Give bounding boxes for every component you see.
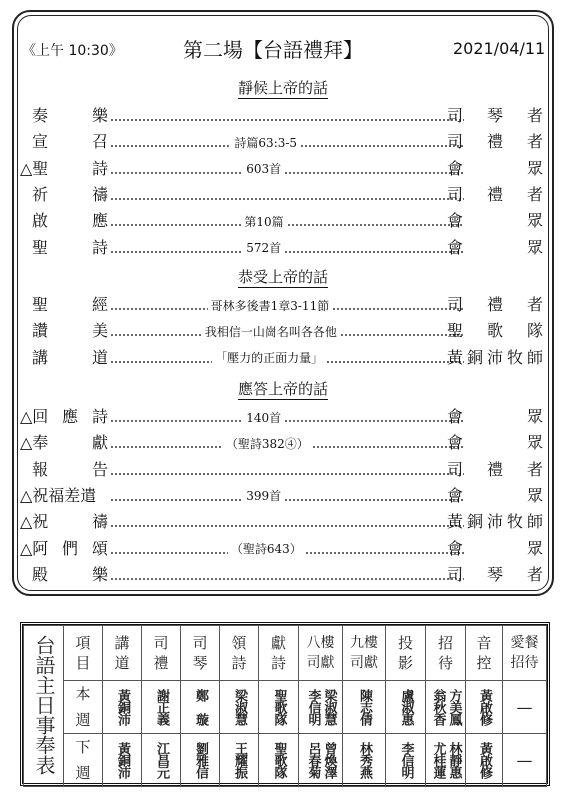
roster-header-cell: 投影 — [386, 626, 426, 681]
leader-dots — [284, 157, 464, 181]
person-name: 聖歌隊 — [272, 689, 286, 725]
service-item: 聖詩 — [20, 236, 110, 260]
leader-dots — [110, 104, 464, 128]
header-line: 道 — [103, 653, 141, 673]
service-item-char: 樂 — [92, 563, 108, 587]
service-item: 聖經 — [20, 293, 110, 317]
service-detail: 399首 — [243, 487, 284, 504]
responsible-char: 會 — [447, 431, 463, 455]
leader-dots — [332, 293, 464, 317]
responsible-char: 司 — [447, 293, 463, 317]
leader-dots — [110, 157, 243, 181]
section-title: 應答上帝的話 — [0, 378, 566, 399]
service-detail: 572首 — [243, 239, 284, 256]
leader-dots — [284, 405, 464, 429]
service-responsible: 會眾 — [447, 209, 543, 233]
dot-leader: （聖詩382④） — [110, 431, 464, 455]
service-responsible: 會眾 — [447, 405, 543, 429]
leader-dots — [110, 510, 464, 534]
roster-cell: 鄭 璇 — [181, 681, 220, 734]
week-label-char: 週 — [64, 760, 102, 786]
service-item-char: 詩 — [92, 405, 108, 429]
roster-header-cell: 招待 — [426, 626, 466, 681]
name-group: 黃銅沛 — [103, 742, 141, 778]
service-detail: 140首 — [243, 409, 284, 426]
dot-leader — [110, 183, 464, 207]
service-item-char: 樂 — [92, 104, 108, 128]
roster-header-text: 獻詩 — [259, 633, 298, 673]
service-row: 殿樂司琴者 — [20, 563, 542, 587]
roster-header-text: 講道 — [103, 633, 141, 673]
roster-week-label: 下週 — [64, 734, 103, 787]
dot-leader: 603首 — [110, 157, 464, 181]
leader-dots — [110, 458, 464, 482]
service-detail: 我相信一山崗名叫各各他 — [202, 323, 340, 340]
header-line: 詩 — [259, 653, 298, 673]
service-item: 祈禱 — [20, 183, 110, 207]
person-name: 曾煥澤 — [322, 742, 336, 778]
leader-dots — [326, 346, 464, 370]
header-line: 講 — [103, 633, 141, 653]
header-line: 控 — [466, 653, 502, 673]
roster-header-cell: 司琴 — [181, 626, 220, 681]
service-row: △奉獻（聖詩382④）會眾 — [20, 431, 542, 455]
roster-cell: 黃銅沛 — [103, 734, 142, 787]
header-line: 待 — [426, 653, 465, 673]
roster-header-cell: 八樓司獻 — [299, 626, 343, 681]
name-group: 黃啟修 — [466, 689, 502, 725]
service-item-char: △聖 — [20, 157, 48, 181]
service-item-char: 詩 — [92, 236, 108, 260]
service-detail: 哥林多後書1章3-11節 — [208, 297, 333, 314]
responsible-char: 者 — [527, 563, 543, 587]
service-item-char: 經 — [92, 293, 108, 317]
duty-roster-table: 台語主日事奉表項目講道司禮司琴領詩獻詩八樓司獻九樓司獻投影招待音控愛餐招待本週黃… — [23, 625, 547, 787]
person-name: 謝正義 — [154, 689, 168, 725]
person-name: 林靜惠 — [447, 742, 461, 778]
service-row: 報告司禮者 — [20, 458, 542, 482]
person-name: 梁淑慧 — [322, 689, 336, 725]
service-item: 殿樂 — [20, 563, 110, 587]
service-item: 奏樂 — [20, 104, 110, 128]
header-line: 音 — [466, 633, 502, 653]
header-line: 禮 — [142, 653, 180, 673]
person-name: 梁淑慧 — [232, 689, 246, 725]
person-name: 黃銅沛 — [115, 689, 129, 725]
roster-cell: 梁淑慧李信明 — [299, 681, 343, 734]
leader-dots — [287, 209, 464, 233]
person-name: 方美鳳 — [447, 689, 461, 725]
service-row: 宣召詩篇63:3-5司禮者 — [20, 130, 542, 154]
week-label-char: 下 — [64, 734, 102, 760]
roster-cell: 陳志倩 — [343, 681, 386, 734]
service-item-char: △祝 — [20, 510, 48, 534]
roster-header-text: 音控 — [466, 633, 502, 673]
dot-leader: 詩篇63:3-5 — [110, 130, 464, 154]
roster-header-row: 台語主日事奉表項目講道司禮司琴領詩獻詩八樓司獻九樓司獻投影招待音控愛餐招待 — [24, 626, 547, 681]
roster-cell: 梁淑慧 — [220, 681, 259, 734]
roster-cell: 方美鳳翁秋香 — [426, 681, 466, 734]
roster-cell: 黃啟修 — [466, 681, 503, 734]
dot-leader: 第10篇 — [110, 209, 464, 233]
service-item-char: 啟 — [32, 209, 48, 233]
service-responsible: 聖歌隊 — [447, 319, 543, 343]
person-name: 聖歌隊 — [272, 742, 286, 778]
roster-header-text: 愛餐招待 — [503, 633, 546, 673]
person-name: 李信明 — [306, 689, 320, 725]
header-line: 影 — [386, 653, 425, 673]
dot-leader: （聖詩643） — [110, 537, 464, 561]
name-group: 林靜惠尤桂蓮 — [426, 742, 465, 778]
roster-cell: 劉雅信 — [181, 734, 220, 787]
dot-leader: 「壓力的正面力量」 — [110, 346, 464, 370]
service-row: △回應詩140首會眾 — [20, 405, 542, 429]
person-name: 鄭 璇 — [193, 689, 207, 725]
service-item-char: 召 — [92, 130, 108, 154]
roster-cell: 謝正義 — [142, 681, 181, 734]
header-line: 領 — [220, 633, 258, 653]
roster-cell: 李信明 — [386, 734, 426, 787]
service-detail: 「壓力的正面力量」 — [212, 349, 326, 366]
service-responsible: 會眾 — [447, 157, 543, 181]
responsible-char: 會 — [447, 484, 463, 508]
service-detail: （聖詩643） — [228, 540, 305, 557]
service-row: 祈禱司禮者 — [20, 183, 542, 207]
responsible-char: 者 — [527, 458, 543, 482]
service-row: 聖詩572首會眾 — [20, 236, 542, 260]
leader-dots — [110, 484, 243, 508]
header-line: 愛餐 — [503, 633, 546, 653]
service-item: △祝禱 — [20, 510, 110, 534]
week-label-char: 週 — [64, 707, 102, 733]
service-responsible: 司琴者 — [447, 104, 543, 128]
responsible-char: 會 — [447, 157, 463, 181]
responsible-char: 師 — [527, 510, 543, 534]
service-date: 2021/04/11 — [453, 39, 545, 58]
person-name: 李信明 — [399, 742, 413, 778]
roster-header-text: 領詩 — [220, 633, 258, 673]
leader-dots — [110, 405, 243, 429]
responsible-char: 司 — [447, 104, 463, 128]
name-group: 劉雅信 — [181, 742, 219, 778]
service-row: 讚美我相信一山崗名叫各各他聖歌隊 — [20, 319, 542, 343]
service-responsible: 會眾 — [447, 537, 543, 561]
service-row: △祝福差遣399首會眾 — [20, 484, 542, 508]
person-name: 劉雅信 — [193, 742, 207, 778]
service-item-char: 報 — [32, 458, 48, 482]
responsible-char: 者 — [527, 130, 543, 154]
service-responsible: 會眾 — [447, 236, 543, 260]
person-name: 王耀振 — [232, 742, 246, 778]
responsible-char: 眾 — [527, 236, 543, 260]
section-title: 靜候上帝的話 — [0, 77, 566, 98]
section-title: 恭受上帝的話 — [0, 266, 566, 287]
roster-header-text: 八樓司獻 — [299, 633, 342, 673]
roster-cell: 江昌元 — [142, 734, 181, 787]
responsible-char: 會 — [447, 405, 463, 429]
roster-cell: 盧淑惠 — [386, 681, 426, 734]
roster-header-cell: 司禮 — [142, 626, 181, 681]
responsible-char: 牧 — [507, 346, 523, 370]
service-item-char: 講 — [32, 346, 48, 370]
leader-dots — [300, 130, 464, 154]
roster-cell: 黃啟修 — [466, 734, 503, 787]
responsible-char: 者 — [527, 183, 543, 207]
roster-header-cell: 講道 — [103, 626, 142, 681]
roster-title: 台語主日事奉表 — [24, 626, 64, 787]
header-line: 目 — [64, 653, 102, 673]
section-title-text: 恭受上帝的話 — [238, 268, 328, 288]
responsible-char: 眾 — [527, 209, 543, 233]
service-row: △阿們頌（聖詩643）會眾 — [20, 537, 542, 561]
responsible-char: 隊 — [527, 319, 543, 343]
header-line: 詩 — [220, 653, 258, 673]
name-group: 方美鳳翁秋香 — [426, 689, 465, 725]
roster-header-cell: 獻詩 — [259, 626, 299, 681]
roster-cell: 黃銅沛 — [103, 681, 142, 734]
responsible-char: 牧 — [507, 510, 523, 534]
service-responsible: 黃銅沛牧師 — [447, 346, 543, 370]
roster-header-text: 九樓司獻 — [343, 633, 385, 673]
service-item-char: 道 — [92, 346, 108, 370]
header-line: 琴 — [181, 653, 219, 673]
service-item: △祝福差遣 — [20, 484, 110, 508]
roster-cell: — — [503, 734, 547, 787]
person-name: 黃銅沛 — [115, 742, 129, 778]
header-line: 項 — [64, 633, 102, 653]
service-responsible: 司琴者 — [447, 563, 543, 587]
leader-dots — [110, 319, 202, 343]
responsible-char: 沛 — [487, 510, 503, 534]
header-line: 投 — [386, 633, 425, 653]
responsible-char: 禮 — [487, 130, 503, 154]
service-item-char: △回 — [20, 405, 48, 429]
service-item-char: 詩 — [92, 157, 108, 181]
empty-dash: — — [517, 698, 533, 717]
roster-week-row: 本週黃銅沛謝正義鄭 璇梁淑慧聖歌隊梁淑慧李信明陳志倩盧淑惠方美鳳翁秋香黃啟修— — [24, 681, 547, 734]
service-item-char: 聖 — [32, 236, 48, 260]
responsible-char: 會 — [447, 236, 463, 260]
responsible-char: 者 — [527, 293, 543, 317]
dot-leader — [110, 458, 464, 482]
leader-dots — [110, 236, 243, 260]
service-item-char: 獻 — [92, 431, 108, 455]
service-item-char: 美 — [92, 319, 108, 343]
section-title-text: 靜候上帝的話 — [238, 79, 328, 99]
service-item: 讚美 — [20, 319, 110, 343]
name-group: 王耀振 — [220, 742, 258, 778]
leader-dots — [110, 563, 464, 587]
dot-leader — [110, 563, 464, 587]
roster-header-cell: 愛餐招待 — [503, 626, 547, 681]
service-row: △祝禱黃銅沛牧師 — [20, 510, 542, 534]
responsible-char: 司 — [447, 458, 463, 482]
person-name: 尤桂蓮 — [431, 742, 445, 778]
service-detail: 第10篇 — [241, 213, 286, 230]
header-line: 招 — [426, 633, 465, 653]
name-group: 林秀燕 — [343, 742, 385, 778]
service-item: 報告 — [20, 458, 110, 482]
service-responsible: 黃銅沛牧師 — [447, 510, 543, 534]
roster-cell: 林靜惠尤桂蓮 — [426, 734, 466, 787]
responsible-char: 眾 — [527, 405, 543, 429]
roster-week-row: 下週黃銅沛江昌元劉雅信王耀振聖歌隊曾煥澤呂春菊林秀燕李信明林靜惠尤桂蓮黃啟修— — [24, 734, 547, 787]
service-title: 第二場【台語禮拜】 — [183, 34, 363, 63]
leader-dots — [110, 130, 231, 154]
responsible-char: 眾 — [527, 157, 543, 181]
name-group: 黃銅沛 — [103, 689, 141, 725]
service-item-char: 殿 — [32, 563, 48, 587]
person-name: 翁秋香 — [431, 689, 445, 725]
responsible-char: 眾 — [527, 537, 543, 561]
name-group: 江昌元 — [142, 742, 180, 778]
leader-dots — [284, 236, 464, 260]
name-group: 梁淑慧 — [220, 689, 258, 725]
responsible-char: 司 — [447, 563, 463, 587]
service-item-char: 讚 — [32, 319, 48, 343]
week-label-char: 本 — [64, 681, 102, 707]
service-row: 啟應第10篇會眾 — [20, 209, 542, 233]
leader-dots — [110, 537, 228, 561]
service-row: 聖經哥林多後書1章3-11節司禮者 — [20, 293, 542, 317]
leader-dots — [284, 484, 464, 508]
roster-cell: 王耀振 — [220, 734, 259, 787]
service-item-char: 禱 — [92, 183, 108, 207]
service-item: 講道 — [20, 346, 110, 370]
responsible-char: 沛 — [487, 346, 503, 370]
service-responsible: 會眾 — [447, 431, 543, 455]
service-item-char: 應 — [92, 209, 108, 233]
name-group: 鄭 璇 — [181, 689, 219, 725]
service-responsible: 司禮者 — [447, 293, 543, 317]
leader-dots — [110, 209, 241, 233]
dot-leader: 哥林多後書1章3-11節 — [110, 293, 464, 317]
name-group: 謝正義 — [142, 689, 180, 725]
responsible-char: 歌 — [487, 319, 503, 343]
roster-cell: 曾煥澤呂春菊 — [299, 734, 343, 787]
service-item: △回應詩 — [20, 405, 110, 429]
service-detail: （聖詩382④） — [223, 435, 312, 452]
responsible-char: 司 — [447, 183, 463, 207]
dot-leader: 140首 — [110, 405, 464, 429]
name-group: 陳志倩 — [343, 689, 385, 725]
service-item-char: 應 — [62, 405, 78, 429]
responsible-char: 者 — [527, 104, 543, 128]
dot-leader: 572首 — [110, 236, 464, 260]
service-item-char: 祈 — [32, 183, 48, 207]
service-responsible: 司禮者 — [447, 183, 543, 207]
service-item: △奉獻 — [20, 431, 110, 455]
dot-leader: 我相信一山崗名叫各各他 — [110, 319, 464, 343]
person-name: 呂春菊 — [306, 742, 320, 778]
service-item: △聖詩 — [20, 157, 110, 181]
service-detail: 603首 — [243, 160, 284, 177]
duty-roster: 台語主日事奉表項目講道司禮司琴領詩獻詩八樓司獻九樓司獻投影招待音控愛餐招待本週黃… — [20, 622, 550, 786]
roster-header-cell: 領詩 — [220, 626, 259, 681]
roster-header-text: 司琴 — [181, 633, 219, 673]
service-item: 宣召 — [20, 130, 110, 154]
responsible-char: 琴 — [487, 563, 503, 587]
leader-dots — [312, 431, 464, 455]
name-group: 梁淑慧李信明 — [299, 689, 342, 725]
responsible-char: 禮 — [487, 293, 503, 317]
service-row: 奏樂司琴者 — [20, 104, 542, 128]
responsible-char: 銅 — [467, 510, 483, 534]
header-line: 司獻 — [343, 653, 385, 673]
service-item-char: 告 — [92, 458, 108, 482]
responsible-char: 琴 — [487, 104, 503, 128]
service-responsible: 司禮者 — [447, 458, 543, 482]
section-title-text: 應答上帝的話 — [238, 380, 328, 400]
leader-dots — [305, 537, 464, 561]
service-item-char: 禱 — [92, 510, 108, 534]
leader-dots — [110, 293, 208, 317]
name-group: 曾煥澤呂春菊 — [299, 742, 342, 778]
service-row: △聖詩603首會眾 — [20, 157, 542, 181]
leader-dots — [110, 431, 223, 455]
responsible-char: 聖 — [447, 319, 463, 343]
person-name: 黃啟修 — [477, 689, 491, 725]
roster-cell: — — [503, 681, 547, 734]
name-group: 黃啟修 — [466, 742, 502, 778]
name-group: 聖歌隊 — [259, 742, 298, 778]
roster-header-cell: 九樓司獻 — [343, 626, 386, 681]
roster-header-text: 項目 — [64, 633, 102, 673]
roster-header-cell: 音控 — [466, 626, 503, 681]
roster-week-label: 本週 — [64, 681, 103, 734]
header-line: 司 — [142, 633, 180, 653]
leader-dots — [110, 346, 212, 370]
header-line: 司獻 — [299, 653, 342, 673]
person-name: 黃啟修 — [477, 742, 491, 778]
empty-dash: — — [517, 751, 533, 770]
service-detail: 詩篇63:3-5 — [231, 134, 300, 151]
service-time: 《上午 10:30》 — [22, 40, 123, 60]
name-group: 李信明 — [386, 742, 425, 778]
dot-leader: 399首 — [110, 484, 464, 508]
roster-cell: 聖歌隊 — [259, 681, 299, 734]
header-line: 八樓 — [299, 633, 342, 653]
service-responsible: 司禮者 — [447, 130, 543, 154]
service-item-char: 頌 — [92, 537, 108, 561]
header-line: 獻 — [259, 633, 298, 653]
service-row: 講道「壓力的正面力量」黃銅沛牧師 — [20, 346, 542, 370]
header-line: 招待 — [503, 653, 546, 673]
responsible-char: 禮 — [487, 183, 503, 207]
service-item: △阿們頌 — [20, 537, 110, 561]
leader-dots — [110, 183, 464, 207]
service-item-char: 聖 — [32, 293, 48, 317]
name-group: 聖歌隊 — [259, 689, 298, 725]
roster-header-cell: 項目 — [64, 626, 103, 681]
roster-cell: 林秀燕 — [343, 734, 386, 787]
service-item-char: △祝福差遣 — [20, 484, 96, 508]
roster-header-text: 司禮 — [142, 633, 180, 673]
dot-leader — [110, 510, 464, 534]
responsible-char: 銅 — [467, 346, 483, 370]
roster-cell: 聖歌隊 — [259, 734, 299, 787]
service-item-char: 們 — [62, 537, 78, 561]
responsible-char: 黃 — [447, 346, 463, 370]
person-name: 陳志倩 — [357, 689, 371, 725]
person-name: 盧淑惠 — [399, 689, 413, 725]
person-name: 林秀燕 — [357, 742, 371, 778]
responsible-char: 司 — [447, 130, 463, 154]
responsible-char: 會 — [447, 537, 463, 561]
responsible-char: 黃 — [447, 510, 463, 534]
header-line: 九樓 — [343, 633, 385, 653]
dot-leader — [110, 104, 464, 128]
